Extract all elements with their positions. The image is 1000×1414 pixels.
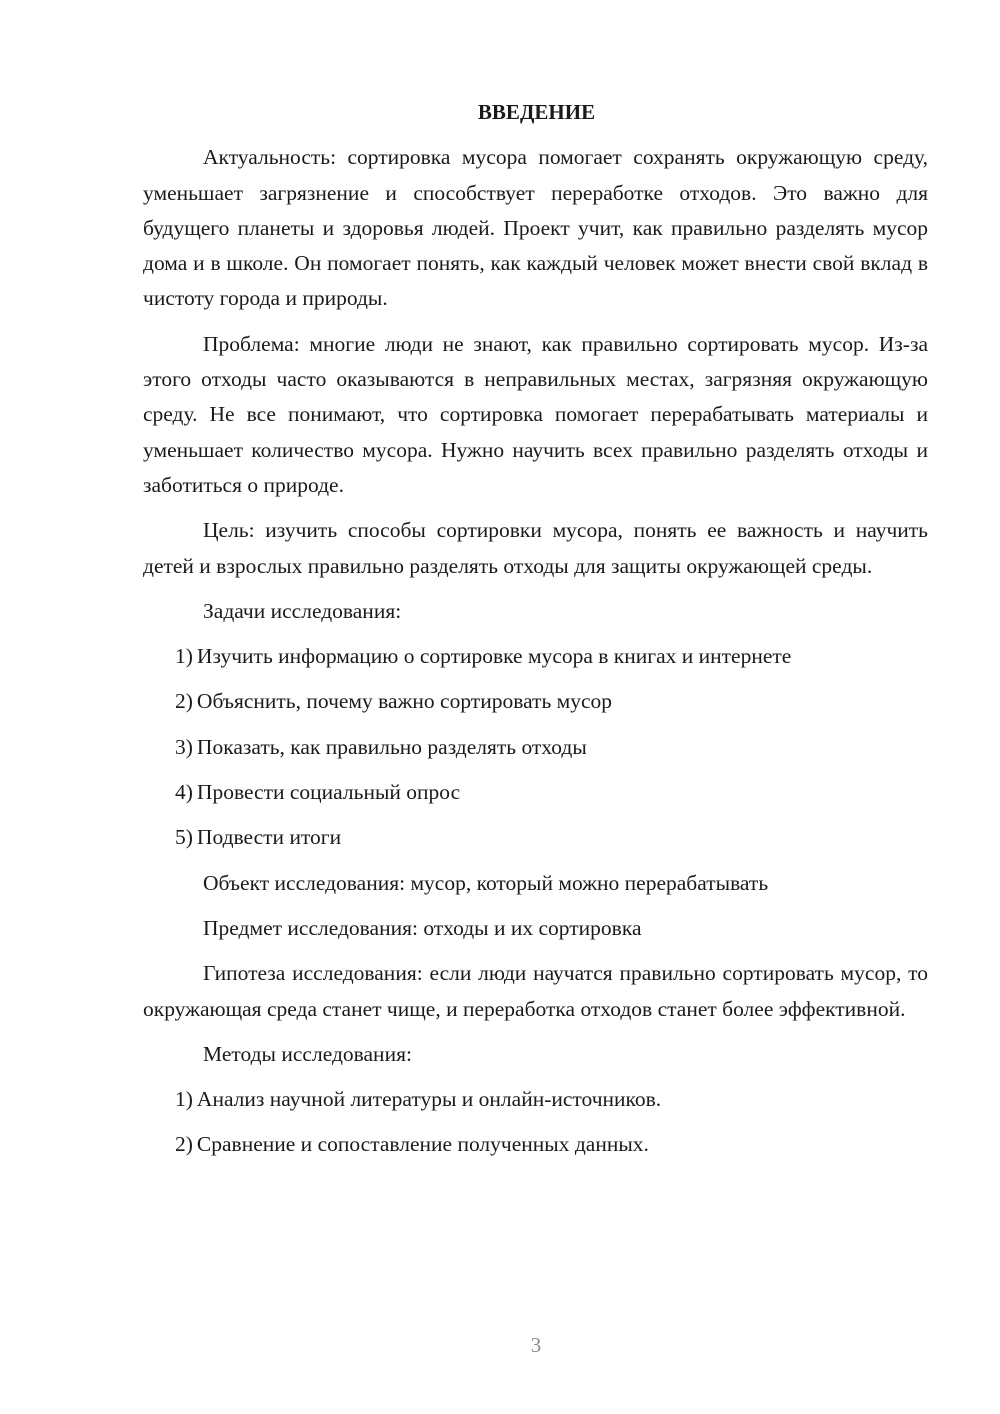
relevance-paragraph: Актуальность: сортировка мусора помогает… xyxy=(143,140,928,316)
list-item-text: Анализ научной литературы и онлайн-источ… xyxy=(197,1087,661,1111)
list-item-text: Сравнение и сопоставление полученных дан… xyxy=(197,1132,649,1156)
hypothesis-paragraph: Гипотеза исследования: если люди научатс… xyxy=(143,956,928,1027)
list-item: 5)Подвести итоги xyxy=(143,820,928,855)
methods-list: 1)Анализ научной литературы и онлайн-ист… xyxy=(143,1082,928,1163)
research-subject: Предмет исследования: отходы и их сортир… xyxy=(143,911,928,946)
tasks-heading: Задачи исследования: xyxy=(143,594,928,629)
list-item-number: 4) xyxy=(175,780,193,804)
list-item: 1)Изучить информацию о сортировке мусора… xyxy=(143,639,928,674)
list-item: 4)Провести социальный опрос xyxy=(143,775,928,810)
list-item-text: Подвести итоги xyxy=(197,825,341,849)
list-item: 1)Анализ научной литературы и онлайн-ист… xyxy=(143,1082,928,1117)
list-item-number: 3) xyxy=(175,735,193,759)
list-item-number: 5) xyxy=(175,825,193,849)
research-object: Объект исследования: мусор, который можн… xyxy=(143,866,928,901)
list-item-text: Показать, как правильно разделять отходы xyxy=(197,735,587,759)
list-item-text: Изучить информацию о сортировке мусора в… xyxy=(197,644,791,668)
tasks-list: 1)Изучить информацию о сортировке мусора… xyxy=(143,639,928,855)
list-item-number: 1) xyxy=(175,644,193,668)
section-title: ВВЕДЕНИЕ xyxy=(143,95,928,130)
list-item-text: Объяснить, почему важно сортировать мусо… xyxy=(197,689,612,713)
methods-heading: Методы исследования: xyxy=(143,1037,928,1072)
list-item-number: 2) xyxy=(175,689,193,713)
list-item-number: 2) xyxy=(175,1132,193,1156)
list-item: 2)Сравнение и сопоставление полученных д… xyxy=(143,1127,928,1162)
list-item-text: Провести социальный опрос xyxy=(197,780,460,804)
problem-paragraph: Проблема: многие люди не знают, как прав… xyxy=(143,327,928,503)
list-item: 2)Объяснить, почему важно сортировать му… xyxy=(143,684,928,719)
page-number: 3 xyxy=(0,1333,1000,1358)
list-item: 3)Показать, как правильно разделять отхо… xyxy=(143,730,928,765)
list-item-number: 1) xyxy=(175,1087,193,1111)
goal-paragraph: Цель: изучить способы сортировки мусора,… xyxy=(143,513,928,584)
document-page: ВВЕДЕНИЕ Актуальность: сортировка мусора… xyxy=(143,95,928,1173)
